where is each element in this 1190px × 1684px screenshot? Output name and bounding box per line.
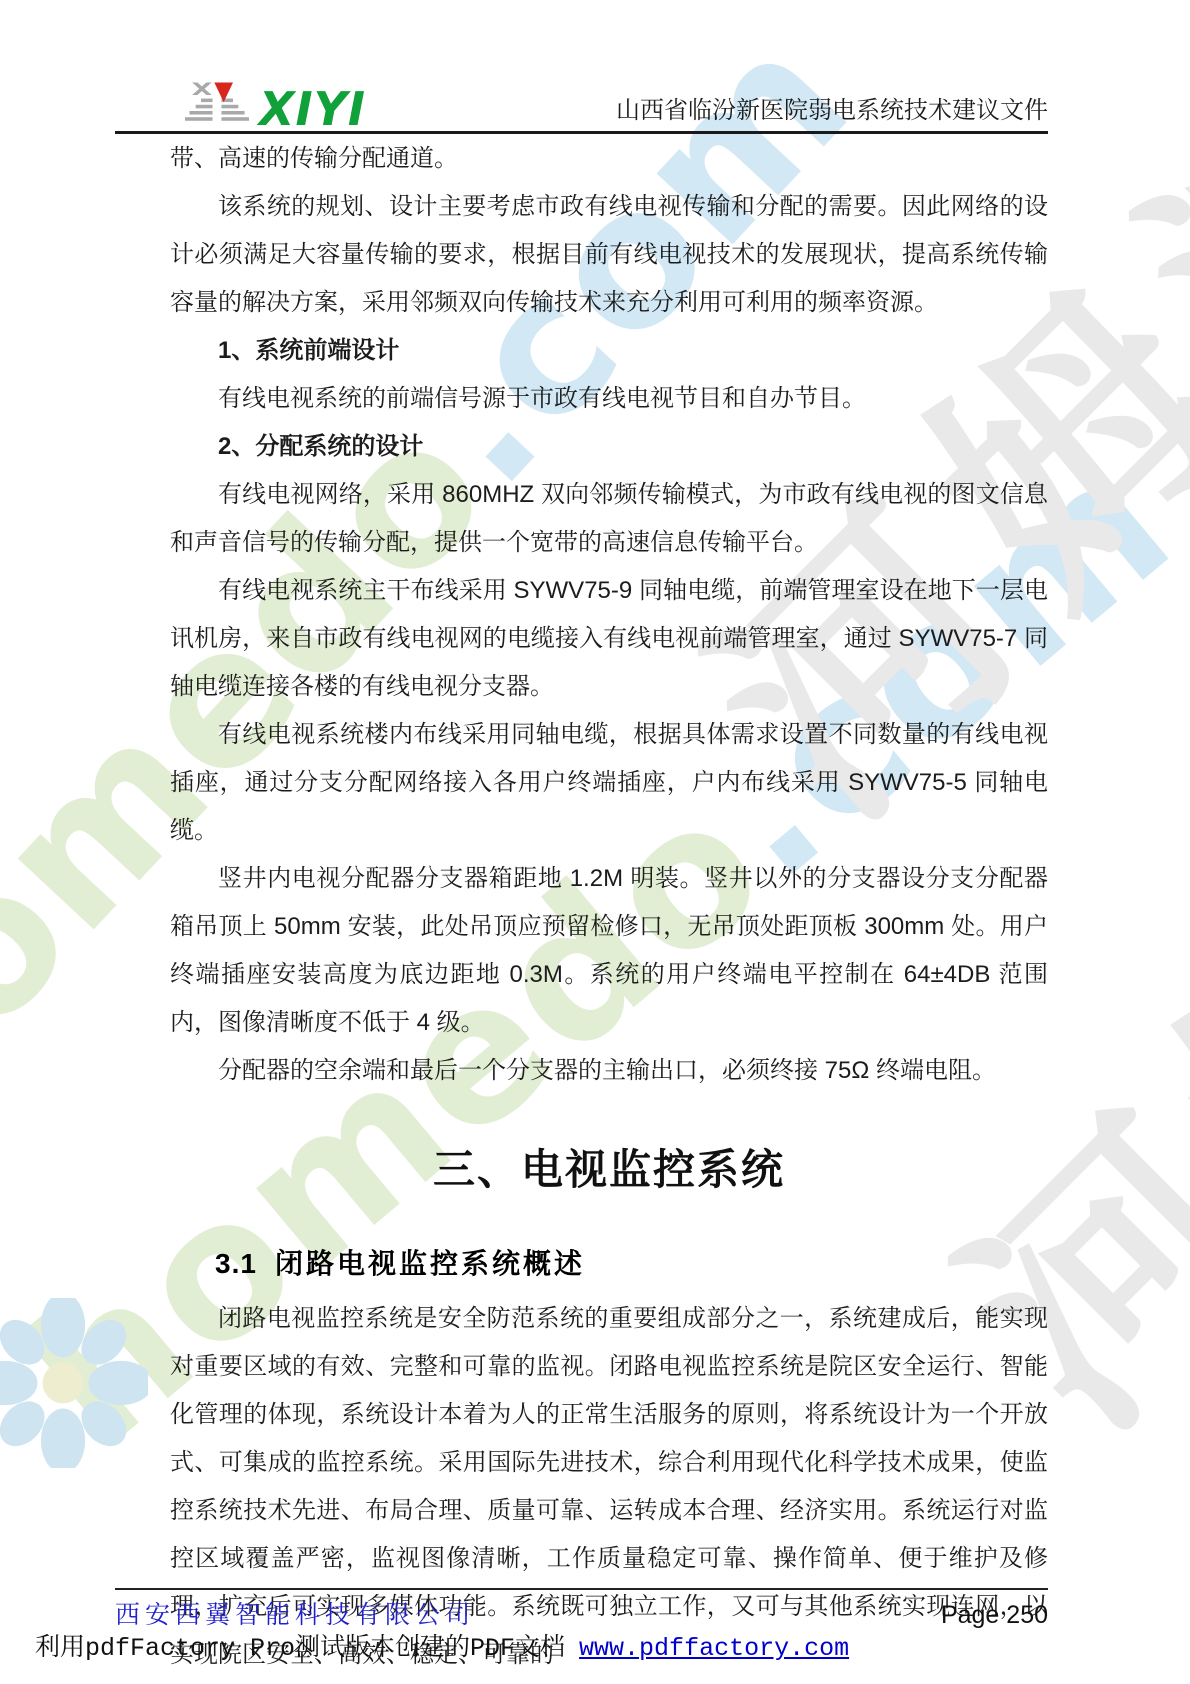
section-heading: 3.1闭路电视监控系统概述	[170, 1239, 1048, 1289]
page-header: XIYI 山西省临汾新医院弱电系统技术建议文件	[115, 0, 1048, 134]
xiyi-logo-icon	[185, 77, 259, 129]
document-page: homedo.com homedo.com 河姆渡 河姆渡	[0, 0, 1190, 1684]
page-footer: 西安西翼智能科技有限公司 Page 250	[115, 1588, 1048, 1632]
paragraph: 竖井内电视分配器分支器箱距地 1.2M 明装。竖井以外的分支器设分支分配器箱吊顶…	[170, 855, 1048, 1047]
section-number: 3.1	[215, 1248, 257, 1279]
paragraph: 有线电视系统楼内布线采用同轴电缆，根据具体需求设置不同数量的有线电视插座，通过分…	[170, 711, 1048, 855]
paragraph: 有线电视网络，采用 860MHZ 双向邻频传输模式，为市政有线电视的图文信息和声…	[170, 471, 1048, 567]
subheading-1: 1、系统前端设计	[170, 327, 1048, 375]
pdf-factory-link[interactable]: www.pdffactory.com	[579, 1634, 849, 1663]
company-logo: XIYI	[115, 77, 366, 129]
footer-company-name: 西安西翼智能科技有限公司	[115, 1599, 475, 1632]
logo-wordmark: XIYI	[259, 91, 366, 129]
paragraph: 该系统的规划、设计主要考虑市政有线电视传输和分配的需要。因此网络的设计必须满足大…	[170, 183, 1048, 327]
pdf-notice-text: 利用pdfFactory Pro测试版本创建的PDF文档	[35, 1634, 565, 1663]
pdf-factory-notice: 利用pdfFactory Pro测试版本创建的PDF文档www.pdffacto…	[35, 1632, 849, 1666]
document-title: 山西省临汾新医院弱电系统技术建议文件	[616, 97, 1048, 129]
paragraph: 有线电视系统的前端信号源于市政有线电视节目和自办节目。	[170, 375, 1048, 423]
section-title: 闭路电视监控系统概述	[275, 1248, 585, 1279]
paragraph: 分配器的空余端和最后一个分支器的主输出口，必须终接 75Ω 终端电阻。	[170, 1047, 1048, 1095]
subheading-2: 2、分配系统的设计	[170, 423, 1048, 471]
homedo-flower-icon	[0, 1298, 148, 1473]
page-number: Page 250	[941, 1599, 1048, 1632]
paragraph: 有线电视系统主干布线采用 SYWV75-9 同轴电缆，前端管理室设在地下一层电讯…	[170, 567, 1048, 711]
document-body: 带、高速的传输分配通道。 该系统的规划、设计主要考虑市政有线电视传输和分配的需要…	[170, 135, 1048, 1679]
chapter-heading: 三、电视监控系统	[170, 1133, 1048, 1207]
paragraph: 带、高速的传输分配通道。	[170, 135, 1048, 183]
